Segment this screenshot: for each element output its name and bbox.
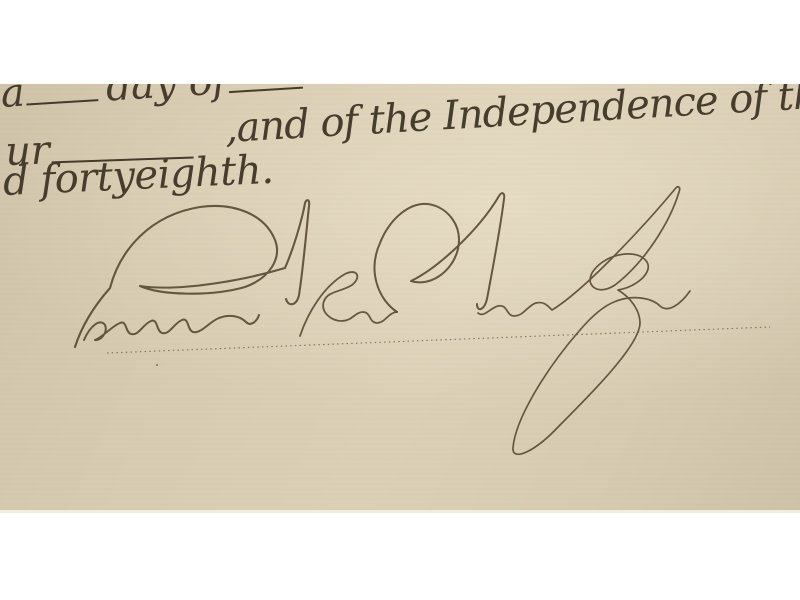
signature-stroke-second-oval	[375, 193, 505, 312]
ink-speck	[156, 364, 158, 366]
signature-autograph	[0, 84, 800, 510]
signature-stroke-tail-flourish	[478, 187, 690, 454]
document-photo: aday of’ ur ,and of the Independence of …	[0, 84, 800, 513]
signature-stroke-first-capital	[75, 200, 309, 347]
signature-stroke-second-capital	[300, 272, 397, 336]
screenshot-canvas: aday of’ ur ,and of the Independence of …	[0, 0, 800, 600]
dotted-signature-line	[107, 327, 770, 353]
signature-stroke-first-letters	[84, 315, 259, 340]
